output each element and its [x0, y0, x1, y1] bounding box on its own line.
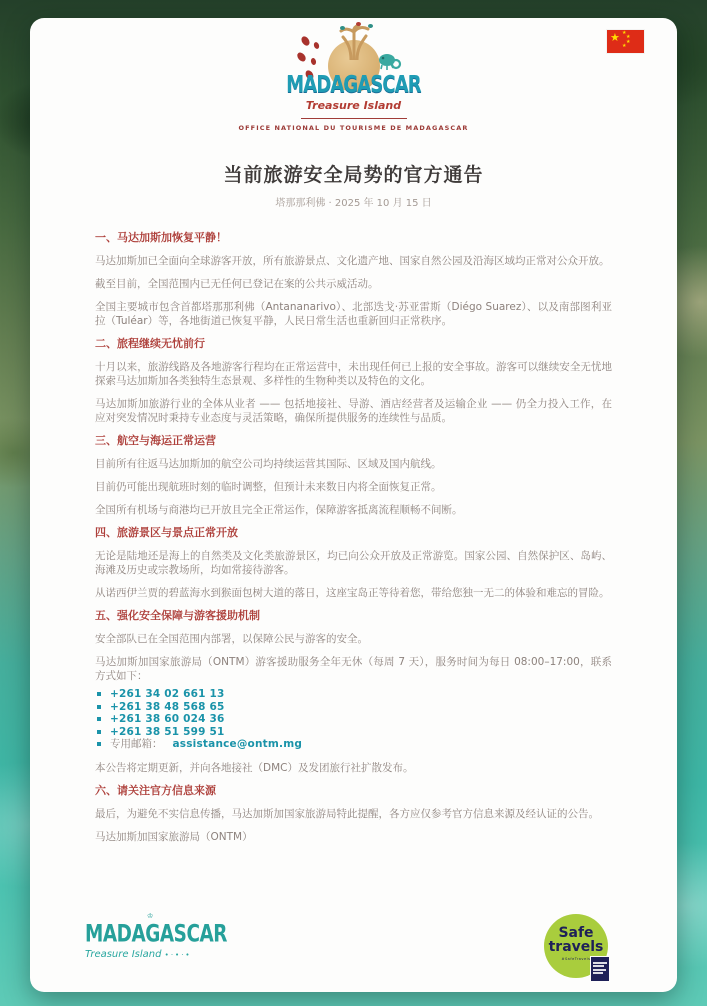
safe-travels-badge: Safe travels #SafeTravels: [544, 914, 608, 978]
badge-line2: travels: [544, 940, 608, 955]
phone-number: +261 38 60 024 36: [110, 713, 225, 726]
notice-body: 一、马达加斯加恢复平静！ 马达加斯加已全面向全球游客开放，所有旅游景点、文化遗产…: [30, 231, 677, 844]
china-flag-icon: ★ ★ ★ ★ ★: [607, 30, 644, 53]
email-label: 专用邮箱：: [110, 738, 163, 751]
lemur-accent-icon: [356, 22, 361, 26]
section-paragraph: 马达加斯加旅游行业的全体从业者 —— 包括地接社、导游、酒店经营者及运输企业 —…: [95, 397, 612, 425]
logo-wordmark: MADAGASCAR: [62, 70, 644, 98]
section-paragraph: 全国所有机场与商港均已开放且完全正常运作，保障游客抵离流程顺畅不间断。: [95, 503, 612, 517]
bullet-square-icon: [97, 730, 101, 734]
flag-star-icon: ★: [610, 32, 620, 43]
section-paragraph: 马达加斯加已全面向全球游客开放，所有旅游景点、文化遗产地、国家自然公园及沿海区域…: [95, 254, 612, 268]
section-3-air-sea-operations: 三、航空与海运正常运营 目前所有往返马达加斯加的航空公司均持续运营其国际、区域及…: [95, 434, 612, 517]
footprint-icon: [295, 51, 307, 63]
contact-list: +261 34 02 661 13 +261 38 48 568 65 +261…: [95, 688, 612, 751]
section-heading: 二、旅程继续无忧前行: [95, 337, 612, 351]
section-paragraph: 最后，为避免不实信息传播，马达加斯加国家旅游局特此提醒，各方应仅参考官方信息来源…: [95, 807, 612, 821]
section-paragraph: 全国主要城市包含首都塔那那利佛（Antananarivo）、北部迭戈·苏亚雷斯（…: [95, 300, 612, 328]
contact-phone: +261 38 51 599 51: [95, 726, 612, 739]
section-heading: 五、强化安全保障与游客援助机制: [95, 609, 612, 623]
wttc-stamp-icon: [590, 956, 610, 982]
flag-star-icon: ★: [626, 40, 630, 45]
section-1-calm-restored: 一、马达加斯加恢复平静！ 马达加斯加已全面向全球游客开放，所有旅游景点、文化遗产…: [95, 231, 612, 328]
contact-phone: +261 38 48 568 65: [95, 701, 612, 714]
contact-phone: +261 34 02 661 13: [95, 688, 612, 701]
section-5-safety-assistance: 五、强化安全保障与游客援助机制 安全部队已在全国范围内部署，以保障公民与游客的安…: [95, 609, 612, 775]
section-paragraph: 无论是陆地还是海上的自然类及文化类旅游景区，均已向公众开放及正常游览。国家公园、…: [95, 549, 612, 577]
section-heading: 三、航空与海运正常运营: [95, 434, 612, 448]
signature: 马达加斯加国家旅游局（ONTM）: [95, 830, 612, 844]
phone-number: +261 34 02 661 13: [110, 688, 225, 701]
flag-star-icon: ★: [622, 44, 626, 49]
org-name: OFFICE NATIONAL DU TOURISME DE MADAGASCA…: [30, 124, 677, 132]
ontm-footer-logo: MADAGASCAR ♔ Treasure Island •·•·•: [85, 921, 239, 960]
email-link[interactable]: assistance@ontm.mg: [173, 738, 303, 751]
baobab-tree-icon: [334, 24, 374, 60]
section-paragraph: 十月以来，旅游线路及各地游客行程均在正常运营中，未出现任何已上报的安全事故。游客…: [95, 360, 612, 388]
phone-number: +261 38 48 568 65: [110, 701, 225, 714]
section-4-attractions-open: 四、旅游景区与景点正常开放 无论是陆地还是海上的自然类及文化类旅游景区，均已向公…: [95, 526, 612, 600]
contact-intro: 马达加斯加国家旅游局（ONTM）游客援助服务全年无休（每周 7 天），服务时间为…: [95, 655, 612, 683]
section-paragraph: 目前所有往返马达加斯加的航空公司均持续运营其国际、区域及国内航线。: [95, 457, 612, 471]
bullet-square-icon: [97, 742, 101, 746]
dateline: 塔那那利佛 · 2025 年 10 月 15 日: [30, 194, 677, 209]
bullet-square-icon: [97, 717, 101, 721]
footprint-icon: [310, 57, 317, 65]
leaf-icon: [368, 24, 373, 28]
footprint-icon: [299, 35, 310, 47]
footprint-icon: [312, 41, 319, 49]
section-heading: 一、马达加斯加恢复平静！: [95, 231, 612, 245]
footer-logo-wordmark: MADAGASCAR: [85, 919, 227, 948]
logo-tagline: Treasure Island: [30, 99, 677, 112]
section-paragraph: 截至目前，全国范围内已无任何已登记在案的公共示威活动。: [95, 277, 612, 291]
badge-line1: Safe: [544, 914, 608, 940]
phone-number: +261 38 51 599 51: [110, 726, 225, 739]
section-6-official-sources: 六、请关注官方信息来源 最后，为避免不实信息传播，马达加斯加国家旅游局特此提醒，…: [95, 784, 612, 821]
section-paragraph: 目前仍可能出现航班时刻的临时调整，但预计未来数日内将全面恢复正常。: [95, 480, 612, 494]
leaf-icon: [340, 26, 345, 30]
page-title: 当前旅游安全局势的官方通告: [30, 160, 677, 187]
section-heading: 六、请关注官方信息来源: [95, 784, 612, 798]
crown-icon: ♔: [147, 912, 153, 920]
header-divider: [301, 118, 407, 119]
section-paragraph: 从诺西伊兰贾的碧蓝海水到猴面包树大道的落日，这座宝岛正等待着您，带给您独一无二的…: [95, 586, 612, 600]
footer-tagline-text: Treasure Island: [85, 949, 161, 960]
section-paragraph: 安全部队已在全国范围内部署，以保障公民与游客的安全。: [95, 632, 612, 646]
bullet-square-icon: [97, 705, 101, 709]
footer-logo-tagline: Treasure Island •·•·•: [85, 949, 239, 960]
contact-phone: +261 38 60 024 36: [95, 713, 612, 726]
section-paragraph: 本公告将定期更新，并向各地接社（DMC）及发团旅行社扩散发布。: [95, 761, 612, 775]
footprint-trail-icon: •·•·•: [165, 951, 192, 959]
section-2-trips-continue: 二、旅程继续无忧前行 十月以来，旅游线路及各地游客行程均在正常运营中，未出现任何…: [95, 337, 612, 425]
section-heading: 四、旅游景区与景点正常开放: [95, 526, 612, 540]
contact-email-row: 专用邮箱： assistance@ontm.mg: [95, 738, 612, 751]
official-notice-document: ★ ★ ★ ★ ★ MADAGASCAR: [30, 18, 677, 992]
ontm-header-logo: MADAGASCAR Treasure Island OFFICE NATION…: [30, 18, 677, 132]
bullet-square-icon: [97, 692, 101, 696]
